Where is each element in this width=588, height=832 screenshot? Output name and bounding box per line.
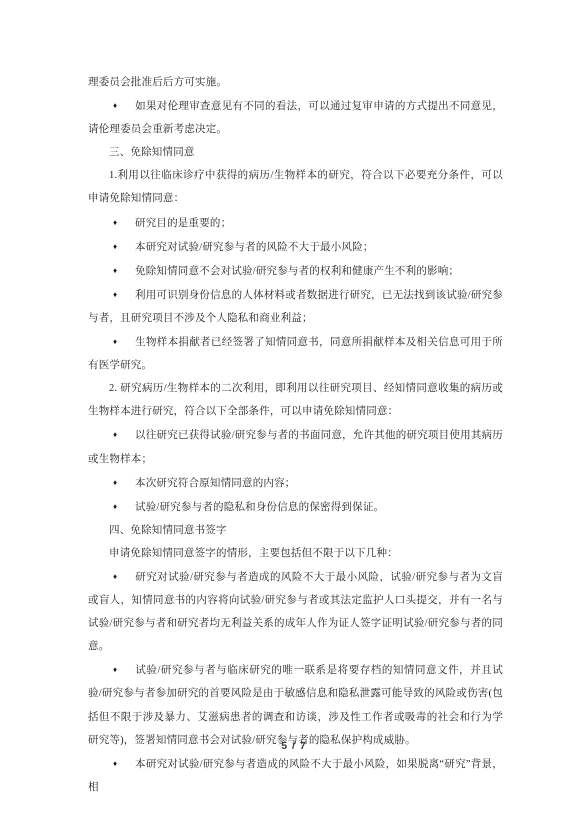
- bullet-diamond-icon: ♦: [113, 94, 135, 117]
- paragraph: ♦本研究对试验/研究参与者造成的风险不大于最小风险，如果脱离“研究”背景，相: [88, 752, 503, 799]
- paragraph: ♦试验/研究参与者与临床研究的唯一联系是将要存档的知情同意文件，并且试验/研究参…: [88, 658, 503, 751]
- paragraph-text: 试验/研究参与者的隐私和身份信息的保密得到保证。: [135, 502, 384, 513]
- bullet-diamond-icon: ♦: [113, 211, 135, 234]
- document-page: 理委员会批准后后方可实施。♦如果对伦理审查意见有不同的看法，可以通过复审申请的方…: [0, 0, 588, 832]
- bullet-diamond-icon: ♦: [113, 658, 135, 681]
- bullet-diamond-icon: ♦: [113, 259, 135, 282]
- paragraph-text: 利用可识别身份信息的人体材料或者数据进行研究，已无法找到该试验/研究参与者，且研…: [88, 290, 503, 324]
- paragraph: 1.利用以往临床诊疗中获得的病历/生物样本的研究，符合以下必要充分条件，可以申请…: [88, 164, 503, 210]
- paragraph: ♦本次研究符合原知情同意的内容；: [88, 471, 503, 495]
- bullet-diamond-icon: ♦: [113, 471, 135, 494]
- paragraph: ♦如果对伦理审查意见有不同的看法，可以通过复审申请的方式提出不同意见，请伦理委员…: [88, 94, 503, 141]
- paragraph-text: 如果对伦理审查意见有不同的看法，可以通过复审申请的方式提出不同意见，请伦理委员会…: [88, 101, 503, 135]
- paragraph: ♦生物样本捐献者已经签署了知情同意书，同意所捐献样本及相关信息可用于所有医学研究…: [88, 330, 503, 377]
- paragraph-text: 生物样本捐献者已经签署了知情同意书，同意所捐献样本及相关信息可用于所有医学研究。: [88, 337, 503, 371]
- paragraph-text: 申请免除知情同意签字的情形，主要包括但不限于以下几种：: [109, 548, 398, 559]
- paragraph-text: 试验/研究参与者与临床研究的唯一联系是将要存档的知情同意文件，并且试验/研究参与…: [88, 665, 503, 745]
- paragraph: 四、免除知情同意书签字: [88, 519, 503, 542]
- paragraph: ♦研究对试验/研究参与者造成的风险不大于最小风险，试验/研究参与者为文盲或盲人，…: [88, 565, 503, 658]
- paragraph-text: 以往研究已获得试验/研究参与者的书面同意，允许其他的研究项目使用其病历或生物样本…: [88, 430, 503, 464]
- bullet-diamond-icon: ♦: [113, 283, 135, 306]
- paragraph: ♦试验/研究参与者的隐私和身份信息的保密得到保证。: [88, 495, 503, 519]
- paragraph: ♦利用可识别身份信息的人体材料或者数据进行研究，已无法找到该试验/研究参与者，且…: [88, 283, 503, 330]
- bullet-diamond-icon: ♦: [113, 565, 135, 588]
- paragraph-text: 理委员会批准后后方可实施。: [88, 77, 227, 88]
- paragraph-text: 本研究对试验/研究参与者造成的风险不大于最小风险，如果脱离“研究”背景，相: [88, 759, 503, 793]
- paragraph: ♦免除知情同意不会对试验/研究参与者的权利和健康产生不利的影响；: [88, 259, 503, 283]
- paragraph-text: 本研究对试验/研究参与者的风险不大于最小风险；: [135, 242, 374, 253]
- bullet-diamond-icon: ♦: [113, 423, 135, 446]
- paragraph: ♦研究目的是重要的；: [88, 211, 503, 235]
- paragraph-text: 1.利用以往临床诊疗中获得的病历/生物样本的研究，符合以下必要充分条件，可以申请…: [88, 170, 503, 204]
- paragraph-text: 四、免除知情同意书签字: [109, 525, 227, 536]
- paragraph-text: 研究对试验/研究参与者造成的风险不大于最小风险，试验/研究参与者为文盲或盲人，知…: [88, 572, 503, 652]
- document-body: 理委员会批准后后方可实施。♦如果对伦理审查意见有不同的看法，可以通过复审申请的方…: [88, 71, 503, 799]
- paragraph: 理委员会批准后后方可实施。: [88, 71, 503, 94]
- paragraph-text: 三、免除知情同意: [109, 147, 195, 158]
- paragraph-text: 免除知情同意不会对试验/研究参与者的权利和健康产生不利的影响；: [135, 266, 459, 277]
- paragraph-text: 研究目的是重要的；: [135, 218, 231, 229]
- bullet-diamond-icon: ♦: [113, 752, 135, 775]
- bullet-diamond-icon: ♦: [113, 330, 135, 353]
- bullet-diamond-icon: ♦: [113, 495, 135, 518]
- paragraph: 申请免除知情同意签字的情形，主要包括但不限于以下几种：: [88, 542, 503, 565]
- paragraph-text: 本次研究符合原知情同意的内容；: [135, 478, 296, 489]
- bullet-diamond-icon: ♦: [113, 235, 135, 258]
- paragraph: ♦本研究对试验/研究参与者的风险不大于最小风险；: [88, 235, 503, 259]
- paragraph-text: 2. 研究病历/生物样本的二次利用，即利用以往研究项目、经知情同意收集的病历或生…: [88, 383, 503, 417]
- paragraph: ♦以往研究已获得试验/研究参与者的书面同意，允许其他的研究项目使用其病历或生物样…: [88, 423, 503, 470]
- paragraph: 2. 研究病历/生物样本的二次利用，即利用以往研究项目、经知情同意收集的病历或生…: [88, 377, 503, 423]
- page-number: 5 / 7: [0, 741, 588, 752]
- paragraph: 三、免除知情同意: [88, 141, 503, 164]
